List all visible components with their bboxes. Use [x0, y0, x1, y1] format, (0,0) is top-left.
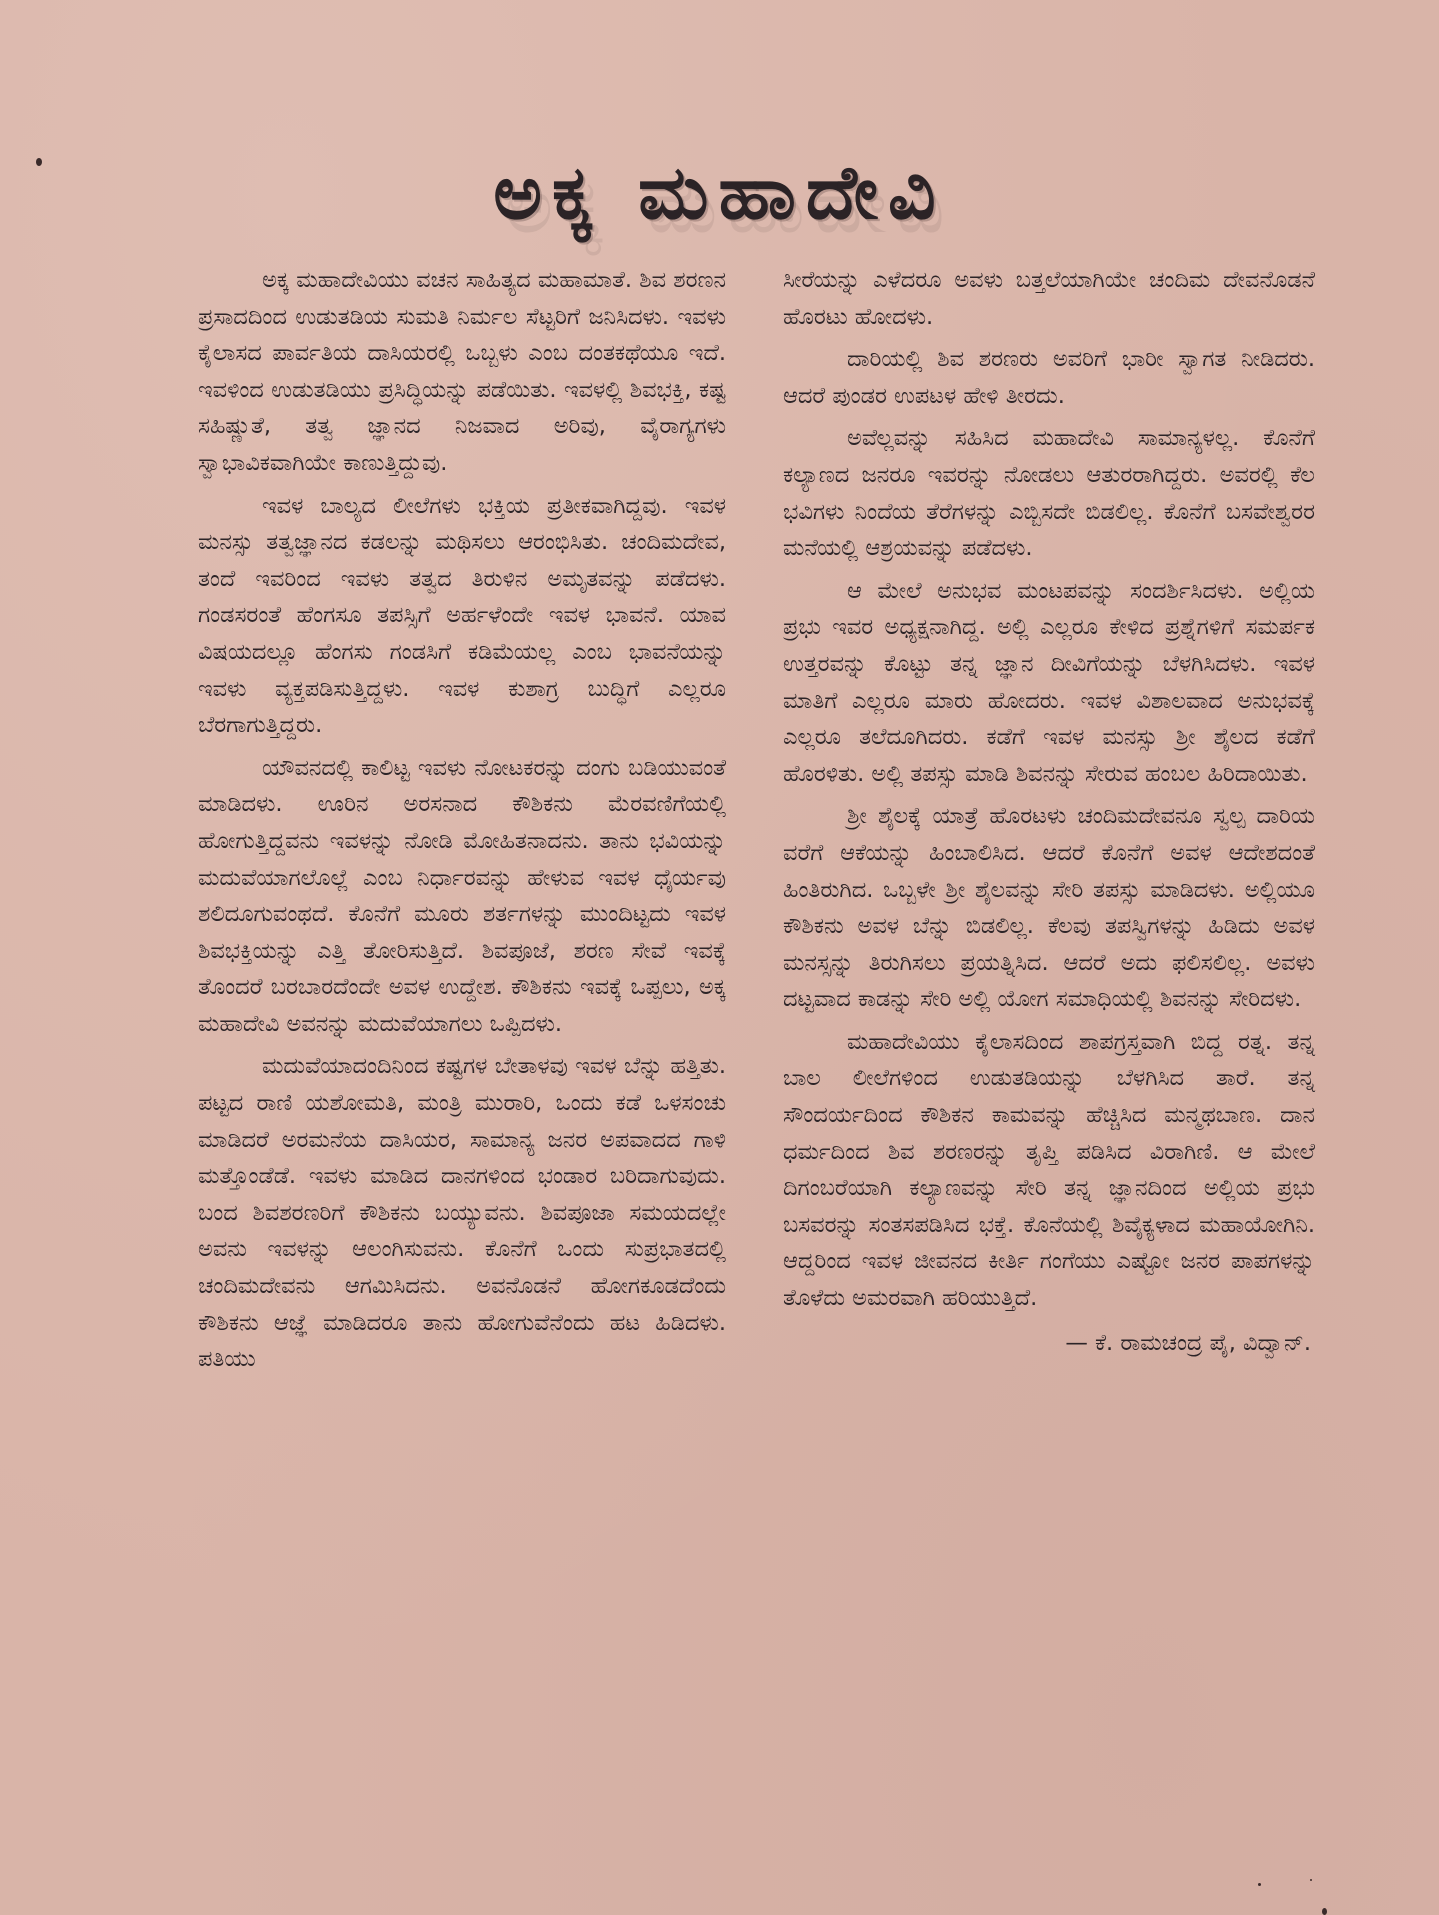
paragraph: ದಾರಿಯಲ್ಲಿ ಶಿವ ಶರಣರು ಅವರಿಗೆ ಭಾರೀ ಸ್ವಾಗತ ನ…: [783, 341, 1315, 414]
paragraph: ಅಕ್ಕ ಮಹಾದೇವಿಯು ವಚನ ಸಾಹಿತ್ಯದ ಮಹಾಮಾತೆ. ಶಿವ…: [198, 262, 726, 482]
paper-speck: [1322, 1908, 1327, 1915]
scanned-page: ಅಕ್ಕ ಮಹಾದೇವಿ ಅಕ್ಕ ಮಹಾದೇವಿ ಅಕ್ಕ ಮಹಾದೇವಿಯು…: [0, 0, 1439, 1915]
paragraph: ಮಹಾದೇವಿಯು ಕೈಲಾಸದಿಂದ ಶಾಪಗ್ರಸ್ತವಾಗಿ ಬಿದ್ದ …: [783, 1024, 1315, 1317]
right-column: ಸೀರೆಯನ್ನು ಎಳೆದರೂ ಅವಳು ಬತ್ತಲೆಯಾಗಿಯೇ ಚಂದಿಮ…: [783, 262, 1315, 1361]
paper-speck: [1258, 1883, 1261, 1886]
paragraph: ಯೌವನದಲ್ಲಿ ಕಾಲಿಟ್ಟ ಇವಳು ನೋಟಕರನ್ನು ದಂಗು ಬಡ…: [198, 750, 726, 1043]
paragraph: ಆ ಮೇಲೆ ಅನುಭವ ಮಂಟಪವನ್ನು ಸಂದರ್ಶಿಸಿದಳು. ಅಲ್…: [783, 573, 1315, 793]
author-signature: — ಕೆ. ರಾಮಚಂದ್ರ ಪೈ, ವಿದ್ವಾನ್.: [783, 1325, 1315, 1362]
left-column: ಅಕ್ಕ ಮಹಾದೇವಿಯು ವಚನ ಸಾಹಿತ್ಯದ ಮಹಾಮಾತೆ. ಶಿವ…: [198, 262, 726, 1384]
paragraph: ಸೀರೆಯನ್ನು ಎಳೆದರೂ ಅವಳು ಬತ್ತಲೆಯಾಗಿಯೇ ಚಂದಿಮ…: [783, 262, 1315, 335]
paragraph: ಇವಳ ಬಾಲ್ಯದ ಲೀಲೆಗಳು ಭಕ್ತಿಯ ಪ್ರತೀಕವಾಗಿದ್ದವ…: [198, 488, 726, 744]
paper-speck: [1310, 1879, 1312, 1881]
paragraph: ಶ್ರೀ ಶೈಲಕ್ಕೆ ಯಾತ್ರೆ ಹೊರಟಳು ಚಂದಿಮದೇವನೂ ಸ್…: [783, 798, 1315, 1018]
paper-speck: [36, 158, 42, 166]
article-title: ಅಕ್ಕ ಮಹಾದೇವಿ: [0, 150, 1439, 237]
paragraph: ಅವೆಲ್ಲವನ್ನು ಸಹಿಸಿದ ಮಹಾದೇವಿ ಸಾಮಾನ್ಯಳಲ್ಲ. …: [783, 420, 1315, 566]
paragraph: ಮದುವೆಯಾದಂದಿನಿಂದ ಕಷ್ಟಗಳ ಬೇತಾಳವು ಇವಳ ಬೆನ್ನ…: [198, 1048, 726, 1377]
